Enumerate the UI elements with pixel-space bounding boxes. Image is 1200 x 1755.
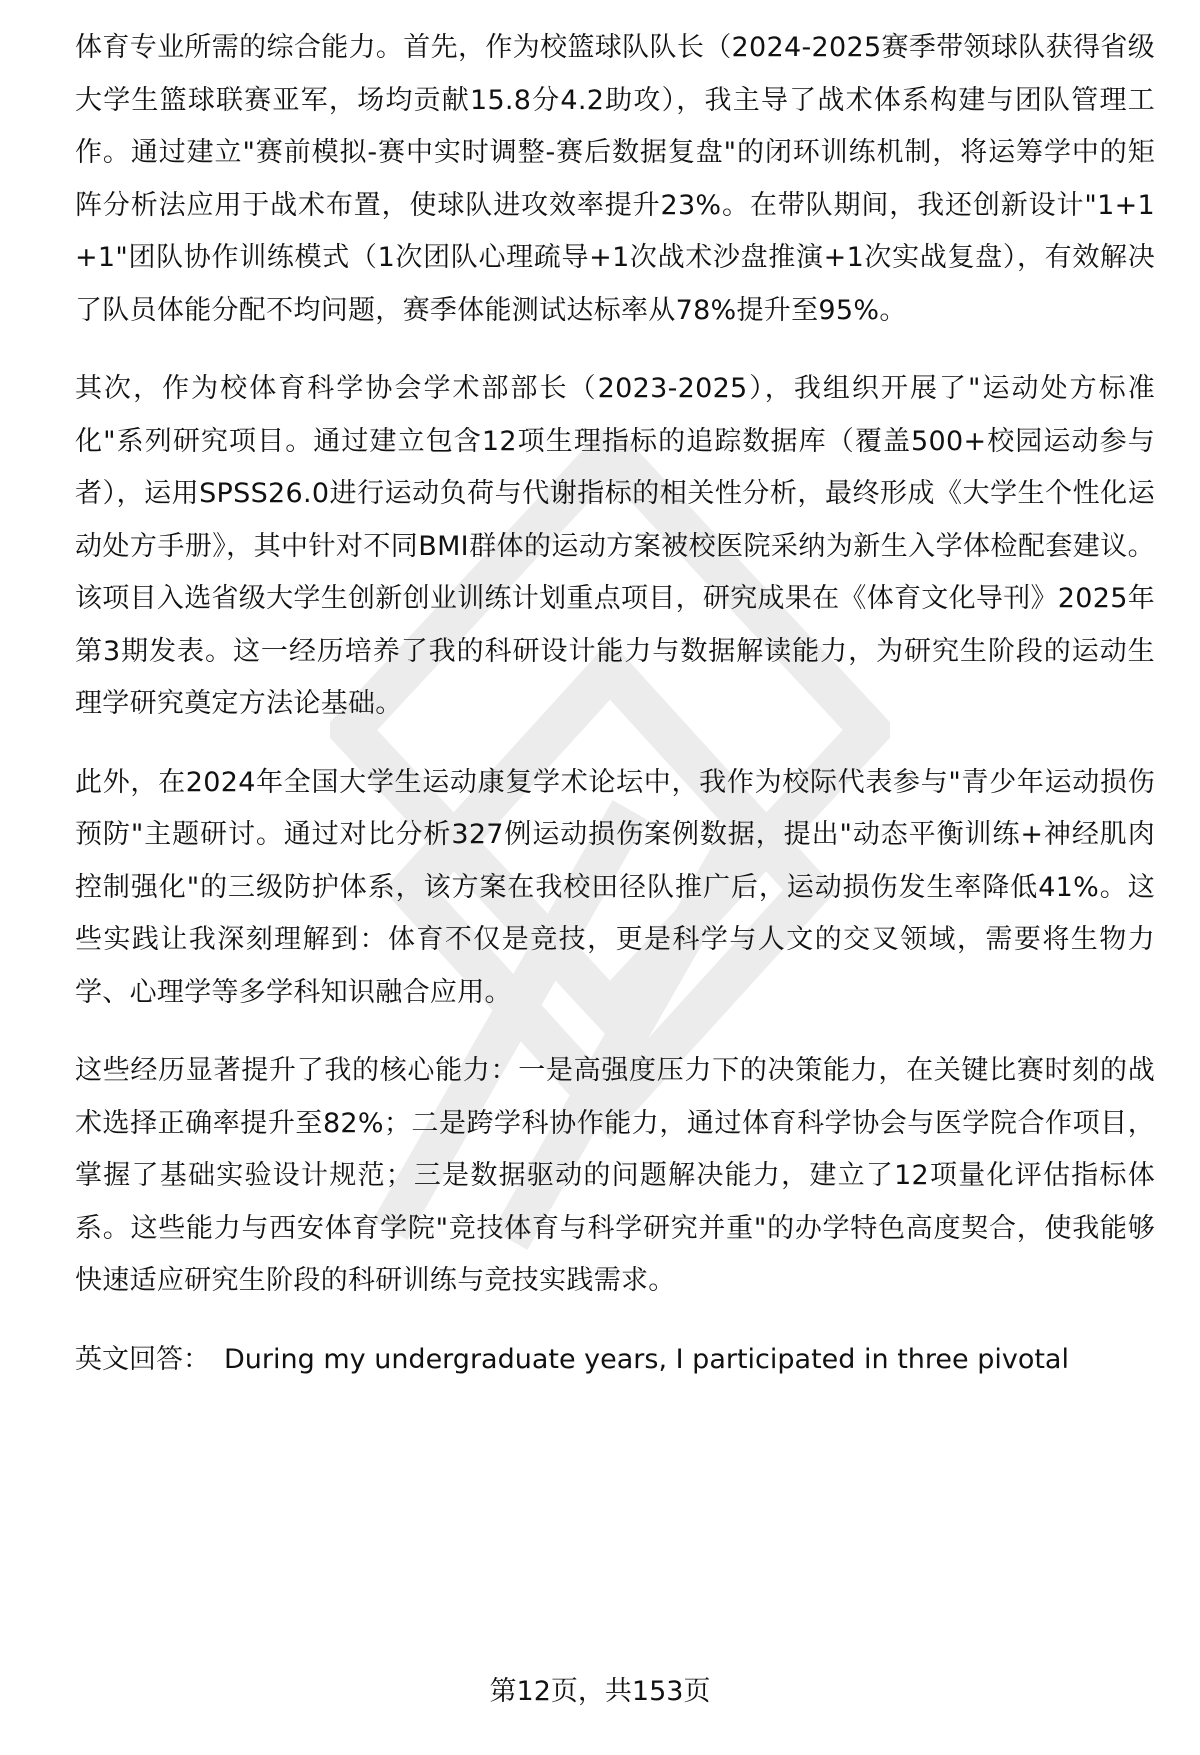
document-body: 体育专业所需的综合能力。首先，作为校篮球队队长（2024-2025赛季带领球队获…: [75, 22, 1155, 1386]
paragraph-rehab-forum: 此外，在2024年全国大学生运动康复学术论坛中，我作为校际代表参与"青少年运动损…: [75, 757, 1155, 1020]
paragraph-sports-science-association: 其次，作为校体育科学协会学术部部长（2023-2025），我组织开展了"运动处方…: [75, 363, 1155, 731]
english-answer-label: 英文回答：: [75, 1344, 210, 1375]
page-indicator: 第12页，共153页: [0, 1672, 1200, 1712]
paragraph-core-abilities: 这些经历显著提升了我的核心能力：一是高强度压力下的决策能力，在关键比赛时刻的战术…: [75, 1045, 1155, 1308]
paragraph-basketball-captain: 体育专业所需的综合能力。首先，作为校篮球队队长（2024-2025赛季带领球队获…: [75, 22, 1155, 337]
english-answer-text: During my undergraduate years, I partici…: [224, 1344, 1069, 1375]
english-answer-line: 英文回答：During my undergraduate years, I pa…: [75, 1334, 1155, 1386]
